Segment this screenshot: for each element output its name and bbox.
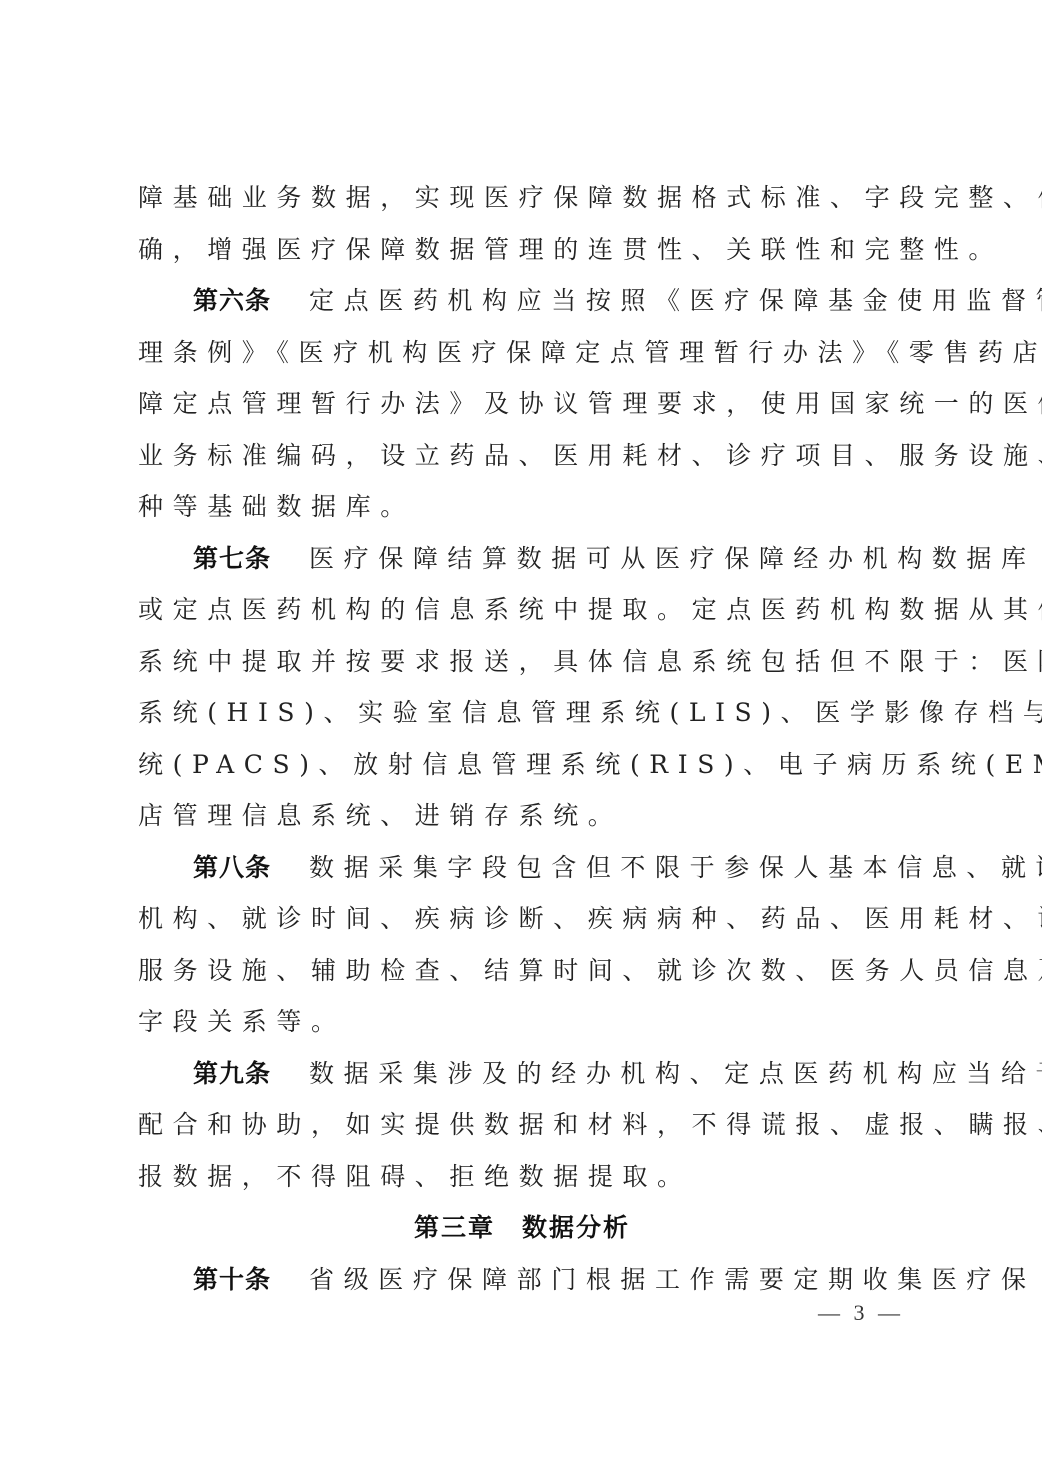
article-text: 省级医疗保障部门根据工作需要定期收集医疗保 — [309, 1265, 1036, 1294]
text-line: 机构、就诊时间、疾病诊断、疾病病种、药品、医用耗材、诊疗项目、 — [138, 893, 906, 945]
text-line: 障基础业务数据，实现医疗保障数据格式标准、字段完整、信息准 — [138, 172, 906, 224]
document-page: 障基础业务数据，实现医疗保障数据格式标准、字段完整、信息准 确，增强医疗保障数据… — [0, 0, 1042, 1474]
article-text: 医疗保障结算数据可从医疗保障经办机构数据库 — [309, 544, 1036, 573]
text-line: 报数据，不得阻碍、拒绝数据提取。 — [138, 1151, 906, 1203]
text-line: 业务标准编码，设立药品、医用耗材、诊疗项目、服务设施、疾病病 — [138, 430, 906, 482]
article-text: 定点医药机构应当按照《医疗保障基金使用监督管 — [309, 286, 1042, 315]
article-9-first-line: 第九条数据采集涉及的经办机构、定点医药机构应当给予 — [138, 1048, 906, 1100]
article-text: 数据采集涉及的经办机构、定点医药机构应当给予 — [309, 1059, 1042, 1088]
text-line: 配合和协助，如实提供数据和材料，不得谎报、虚报、瞒报、少报、择 — [138, 1099, 906, 1151]
page-number: — 3 — — [818, 1300, 904, 1326]
text-line: 字段关系等。 — [138, 996, 906, 1048]
chapter-heading: 第三章 数据分析 — [138, 1202, 906, 1254]
article-8-first-line: 第八条数据采集字段包含但不限于参保人基本信息、就诊 — [138, 842, 906, 894]
text-line: 种等基础数据库。 — [138, 481, 906, 533]
text-line: 理条例》《医疗机构医疗保障定点管理暂行办法》《零售药店医疗保 — [138, 327, 906, 379]
article-6-first-line: 第六条定点医药机构应当按照《医疗保障基金使用监督管 — [138, 275, 906, 327]
article-label: 第六条 — [193, 286, 271, 315]
article-10-first-line: 第十条省级医疗保障部门根据工作需要定期收集医疗保 — [138, 1254, 906, 1306]
text-line: 或定点医药机构的信息系统中提取。定点医药机构数据从其信息 — [138, 584, 906, 636]
text-line: 障定点管理暂行办法》及协议管理要求，使用国家统一的医保信息 — [138, 378, 906, 430]
article-7-first-line: 第七条医疗保障结算数据可从医疗保障经办机构数据库 — [138, 533, 906, 585]
text-line: 店管理信息系统、进销存系统。 — [138, 790, 906, 842]
text-line: 确，增强医疗保障数据管理的连贯性、关联性和完整性。 — [138, 224, 906, 276]
text-line: 服务设施、辅助检查、结算时间、就诊次数、医务人员信息及各采集 — [138, 945, 906, 997]
article-label: 第九条 — [193, 1059, 271, 1088]
text-line: 系统(HIS)、实验室信息管理系统(LIS)、医学影像存档与通讯系 — [138, 687, 906, 739]
article-label: 第八条 — [193, 853, 271, 882]
document-body: 障基础业务数据，实现医疗保障数据格式标准、字段完整、信息准 确，增强医疗保障数据… — [138, 172, 906, 1305]
article-text: 数据采集字段包含但不限于参保人基本信息、就诊 — [309, 853, 1042, 882]
article-label: 第十条 — [193, 1265, 271, 1294]
text-line: 系统中提取并按要求报送，具体信息系统包括但不限于：医院信息 — [138, 636, 906, 688]
text-line: 统(PACS)、放射信息管理系统(RIS)、电子病历系统(EMR)、药 — [138, 739, 906, 791]
article-label: 第七条 — [193, 544, 271, 573]
